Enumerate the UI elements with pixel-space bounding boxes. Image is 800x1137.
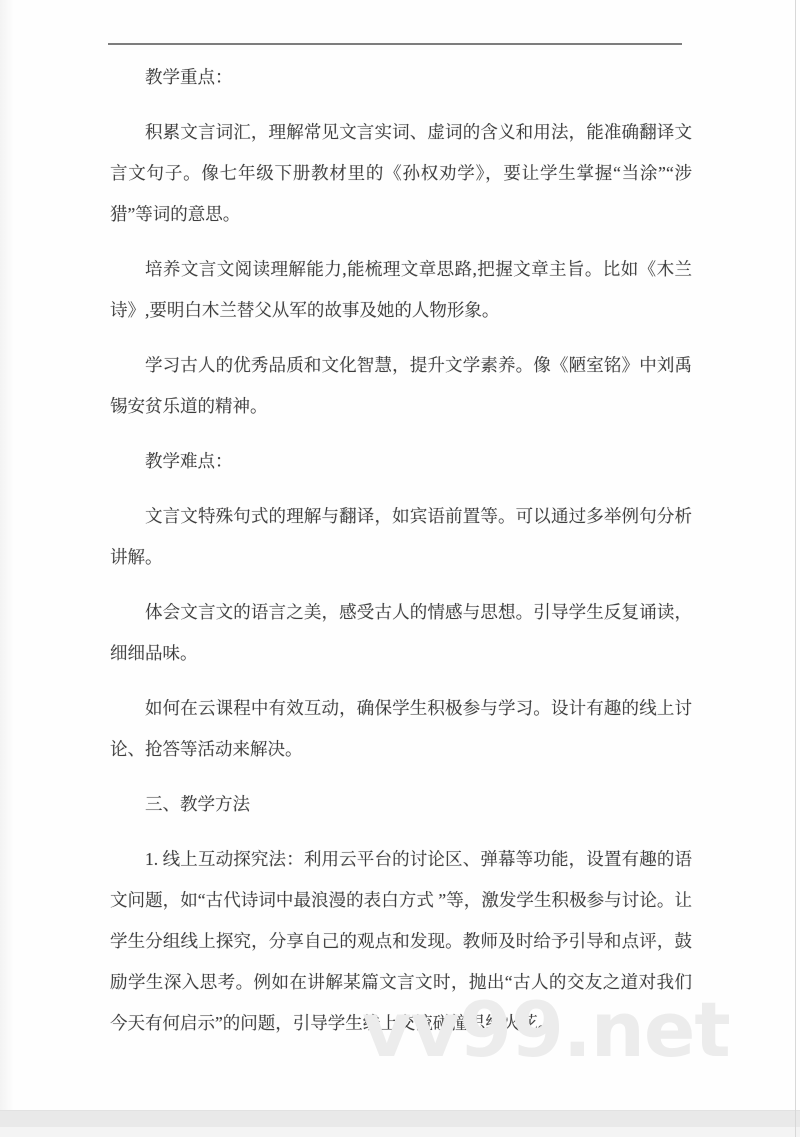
paragraph: 培养文言文阅读理解能力,能梳理文章思路,把握文章主旨。比如《木兰诗》,要明白木兰…: [110, 249, 692, 331]
watermark: vv99.net: [362, 992, 730, 1068]
page-left-edge-shade: [0, 0, 14, 1137]
paragraph: 学习古人的优秀品质和文化智慧，提升文学素养。像《陋室铭》中刘禹锡安贫乐道的精神。: [110, 345, 692, 427]
paragraph: 文言文特殊句式的理解与翻译，如宾语前置等。可以通过多举例句分析讲解。: [110, 496, 692, 578]
document-viewer: 教学重点：积累文言词汇，理解常见文言实词、虚词的含义和用法，能准确翻译文言文句子…: [0, 0, 800, 1137]
paragraph: 体会文言文的语言之美，感受古人的情感与思想。引导学生反复诵读，细细品味。: [110, 592, 692, 674]
section-heading: 教学重点：: [110, 57, 692, 98]
document-body: 教学重点：积累文言词汇，理解常见文言实词、虚词的含义和用法，能准确翻译文言文句子…: [110, 57, 692, 1044]
next-page-top: [0, 1127, 800, 1137]
page-gap-band: [0, 1110, 800, 1127]
paragraph: 如何在云课程中有效互动，确保学生积极参与学习。设计有趣的线上讨论、抢答等活动来解…: [110, 688, 692, 770]
section-heading: 教学难点：: [110, 441, 692, 482]
page-right-border: [795, 0, 796, 1137]
section-heading: 三、教学方法: [110, 784, 692, 825]
paragraph: 积累文言词汇，理解常见文言实词、虚词的含义和用法，能准确翻译文言文句子。像七年级…: [110, 112, 692, 235]
top-rule: [108, 43, 682, 45]
